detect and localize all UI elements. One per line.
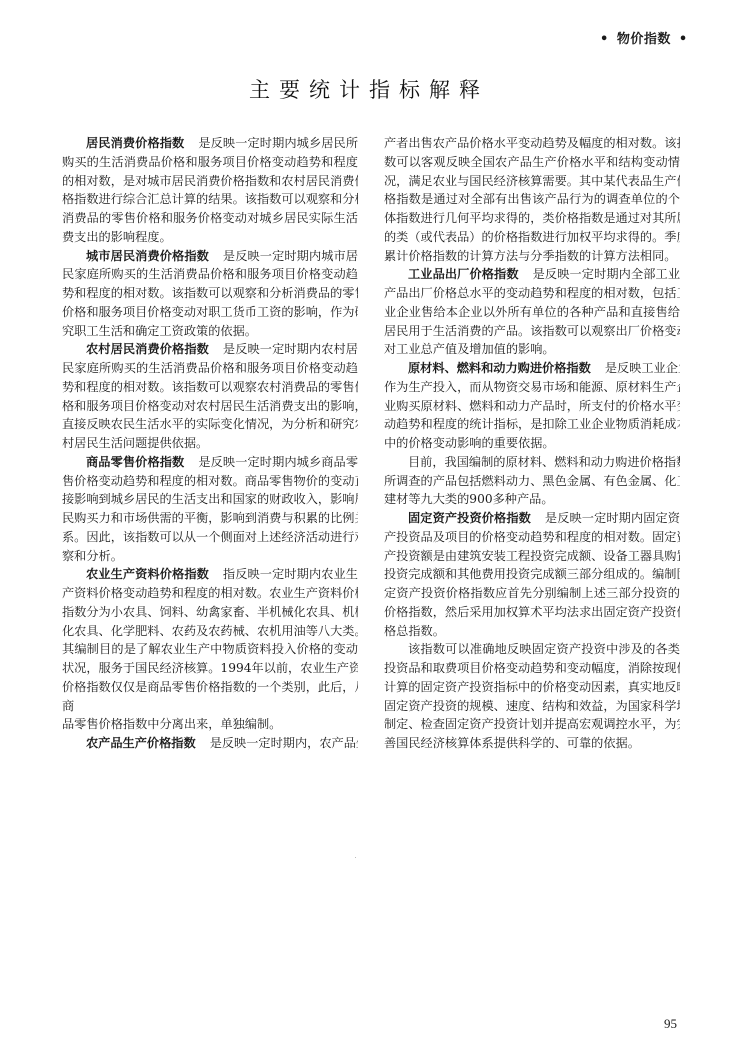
line-text: 是反映一定时期内城市居	[223, 249, 358, 263]
text-line: 定资产投资价格指数应首先分别编制上述三部分投资的	[384, 584, 680, 603]
text-line: 购买的生活消费品价格和服务项目价格变动趋势和程度	[62, 153, 358, 172]
line-text: 计算的固定资产投资指标中的价格变动因素，真实地反映	[384, 680, 680, 694]
indicator-term: 城市居民消费价格指数	[86, 249, 209, 263]
text-line: 费支出的影响程度。	[62, 228, 358, 247]
line-text: 购买的生活消费品价格和服务项目价格变动趋势和程度	[62, 155, 358, 169]
text-line: 产资料价格变动趋势和程度的相对数。农业生产资料价格	[62, 584, 358, 603]
text-line: 势和程度的相对数。该指数可以观察和分析消费品的零售	[62, 284, 358, 303]
line-text: 格和服务项目价格变动对农村居民生活消费支出的影响，	[62, 399, 358, 413]
text-line: 的类（或代表品）的价格指数进行加权平均求得的。季度	[384, 228, 680, 247]
line-text: 是反映一定时期内全部工业	[533, 267, 680, 281]
line-text: 固定资产投资的规模、速度、结构和效益，为国家科学地	[384, 699, 680, 713]
bullet-dot-right: •	[679, 32, 688, 47]
line-text: 接影响到城乡居民的生活支出和国家的财政收入，影响居	[62, 492, 358, 506]
text-line: 格指数是通过对全部有出售该产品行为的调查单位的个	[384, 190, 680, 209]
text-line: 目前，我国编制的原材料、燃料和动力购进价格指数	[384, 453, 680, 472]
line-text: 是反映一定时期内城乡居民所	[198, 136, 358, 150]
right-column: 产者出售农产品价格水平变动趋势及幅度的相对数。该指数可以客观反映全国农产品生产价…	[384, 134, 680, 753]
line-text: 业购买原材料、燃料和动力产品时，所支付的价格水平变	[384, 399, 680, 413]
line-text: 格指数是通过对全部有出售该产品行为的调查单位的个	[384, 192, 680, 206]
line-text: 的类（或代表品）的价格指数进行加权平均求得的。季度	[384, 230, 680, 244]
indicator-term: 工业品出厂价格指数	[408, 267, 519, 281]
line-text: 定资产投资价格指数应首先分别编制上述三部分投资的	[384, 586, 680, 600]
line-text: 累计价格指数的计算方法与分季指数的计算方法相同。	[384, 249, 677, 263]
text-line: 势和程度的相对数。该指数可以观察农村消费品的零售价	[62, 378, 358, 397]
line-text: 居民用于生活消费的产品。该指数可以观察出厂价格变动	[384, 324, 680, 338]
indicator-term: 农业生产资料价格指数	[86, 567, 209, 581]
line-text: 产投资品及项目的价格变动趋势和程度的相对数。固定资	[384, 530, 680, 544]
line-text: 产品出厂价格总水平的变动趋势和程度的相对数，包括工	[384, 286, 680, 300]
line-text: 动趋势和程度的统计指标，是扣除工业企业物质消耗成本	[384, 417, 680, 431]
text-line: 固定资产投资的规模、速度、结构和效益，为国家科学地	[384, 697, 680, 716]
line-text: 善国民经济核算体系提供科学的、可靠的依据。	[384, 736, 640, 750]
indicator-term: 原材料、燃料和动力购进价格指数	[408, 361, 591, 375]
text-line: 价格和服务项目价格变动对职工货币工资的影响，作为研	[62, 303, 358, 322]
left-column: 居民消费价格指数是反映一定时期内城乡居民所购买的生活消费品价格和服务项目价格变动…	[62, 134, 358, 753]
line-text: 况，满足农业与国民经济核算需要。其中某代表品生产价	[384, 174, 680, 188]
text-line: 价格指数，然后采用加权算术平均法求出固定资产投资价	[384, 603, 680, 622]
indicator-term: 商品零售价格指数	[86, 455, 184, 469]
text-line: 产投资品及项目的价格变动趋势和程度的相对数。固定资	[384, 528, 680, 547]
page-title: 主要统计指标解释	[0, 74, 738, 104]
definition-heading-line: 农村居民消费价格指数是反映一定时期内农村居	[62, 340, 358, 359]
line-text: 是反映一定时期内农村居	[223, 342, 358, 356]
indicator-term: 农村居民消费价格指数	[86, 342, 209, 356]
text-line: 格和服务项目价格变动对农村居民生活消费支出的影响，	[62, 397, 358, 416]
line-text: 民购买力和市场供需的平衡，影响到消费与积累的比例关	[62, 511, 358, 525]
text-line: 的相对数，是对城市居民消费价格指数和农村居民消费价	[62, 172, 358, 191]
line-text: 投资品和取费项目价格变动趋势和变动幅度，消除按现价	[384, 661, 680, 675]
line-text: 投资完成额和其他费用投资完成额三部分组成的。编制固	[384, 567, 680, 581]
line-text: 中的价格变动影响的重要依据。	[384, 436, 555, 450]
line-text: 目前，我国编制的原材料、燃料和动力购进价格指数	[408, 455, 680, 469]
line-text: 该指数可以准确地反映固定资产投资中涉及的各类	[408, 642, 680, 656]
indicator-term: 固定资产投资价格指数	[408, 511, 531, 525]
line-text: 业企业售给本企业以外所有单位的各种产品和直接售给	[384, 305, 680, 319]
indicator-term: 居民消费价格指数	[86, 136, 184, 150]
line-text: 其编制目的是了解农业生产中物质资料投入价格的变动	[62, 642, 358, 656]
line-text: 的相对数，是对城市居民消费价格指数和农村居民消费价	[62, 174, 358, 188]
text-line: 制定、检查固定资产投资计划并提高宏观调控水平，为完	[384, 715, 680, 734]
line-text: 所调查的产品包括燃料动力、黑色金属、有色金属、化工、	[384, 474, 680, 488]
definition-heading-line: 农业生产资料价格指数指反映一定时期内农业生	[62, 565, 358, 584]
text-line: 品零售价格指数中分离出来，单独编制。	[62, 715, 358, 734]
text-line: 消费品的零售价格和服务价格变动对城乡居民实际生活	[62, 209, 358, 228]
text-line: 产投资额是由建筑安装工程投资完成额、设备工器具购置	[384, 547, 680, 566]
text-line: 指数分为小农具、饲料、幼禽家畜、半机械化农具、机械	[62, 603, 358, 622]
text-line: 状况，服务于国民经济核算。1994年以前，农业生产资料	[62, 659, 358, 678]
text-line: 建材等九大类的900多种产品。	[384, 490, 680, 509]
line-text: 化农具、化学肥料、农药及农药械、农机用油等八大类。	[62, 624, 358, 638]
line-text: 民家庭所购买的生活消费品价格和服务项目价格变动趋	[62, 361, 358, 375]
line-text: 是反映工业企业	[605, 361, 680, 375]
text-line: 价格指数仅仅是商品零售价格指数的一个类别，此后，从	[62, 678, 358, 697]
line-text: 究职工生活和确定工资政策的依据。	[62, 324, 257, 338]
line-text: 直接反映农民生活水平的实际变化情况，为分析和研究农	[62, 417, 358, 431]
text-line: 善国民经济核算体系提供科学的、可靠的依据。	[384, 734, 680, 753]
text-line: 居民用于生活消费的产品。该指数可以观察出厂价格变动	[384, 322, 680, 341]
text-line: 格总指数。	[384, 622, 680, 641]
line-text: 对工业总产值及增加值的影响。	[384, 342, 555, 356]
definition-heading-line: 居民消费价格指数是反映一定时期内城乡居民所	[62, 134, 358, 153]
running-head-label: 物价指数	[617, 32, 671, 47]
running-head: •物价指数•	[592, 28, 696, 47]
text-line: 业企业售给本企业以外所有单位的各种产品和直接售给	[384, 303, 680, 322]
line-text: 制定、检查固定资产投资计划并提高宏观调控水平，为完	[384, 717, 680, 731]
line-text: 数可以客观反映全国农产品生产价格水平和结构变动情	[384, 155, 680, 169]
line-text: 格总指数。	[384, 624, 445, 638]
scan-speck	[355, 857, 356, 858]
text-line: 售价格变动趋势和程度的相对数。商品零售物价的变动直	[62, 472, 358, 491]
line-text: 势和程度的相对数。该指数可以观察和分析消费品的零售	[62, 286, 358, 300]
line-text: 是反映一定时期内城乡商品零	[198, 455, 358, 469]
definition-heading-line: 农产品生产价格指数是反映一定时期内，农产品生	[62, 734, 358, 753]
line-text: 指数分为小农具、饲料、幼禽家畜、半机械化农具、机械	[62, 605, 358, 619]
text-line: 中的价格变动影响的重要依据。	[384, 434, 680, 453]
line-text: 产者出售农产品价格水平变动趋势及幅度的相对数。该指	[384, 136, 680, 150]
text-line: 所调查的产品包括燃料动力、黑色金属、有色金属、化工、	[384, 472, 680, 491]
line-text: 费支出的影响程度。	[62, 230, 172, 244]
line-text: 体指数进行几何平均求得的，类价格指数是通过对其所属	[384, 211, 680, 225]
line-text: 势和程度的相对数。该指数可以观察农村消费品的零售价	[62, 380, 358, 394]
text-line: 接影响到城乡居民的生活支出和国家的财政收入，影响居	[62, 490, 358, 509]
text-line: 累计价格指数的计算方法与分季指数的计算方法相同。	[384, 247, 680, 266]
text-line: 投资品和取费项目价格变动趋势和变动幅度，消除按现价	[384, 659, 680, 678]
line-text: 品零售价格指数中分离出来，单独编制。	[62, 717, 281, 731]
bullet-dot-left: •	[600, 32, 609, 47]
definition-heading-line: 商品零售价格指数是反映一定时期内城乡商品零	[62, 453, 358, 472]
line-text: 价格和服务项目价格变动对职工货币工资的影响，作为研	[62, 305, 358, 319]
line-text: 是反映一定时期内固定资	[545, 511, 680, 525]
line-text: 状况，服务于国民经济核算。1994年以前，农业生产资料	[62, 661, 358, 675]
line-text: 商	[62, 699, 74, 713]
line-text: 产投资额是由建筑安装工程投资完成额、设备工器具购置	[384, 549, 680, 563]
text-line: 察和分析。	[62, 547, 358, 566]
text-line: 民家庭所购买的生活消费品价格和服务项目价格变动趋	[62, 359, 358, 378]
text-line: 其编制目的是了解农业生产中物质资料投入价格的变动	[62, 640, 358, 659]
line-text: 是反映一定时期内，农产品生	[210, 736, 358, 750]
text-line: 民家庭所购买的生活消费品价格和服务项目价格变动趋	[62, 265, 358, 284]
text-line: 作为生产投入，而从物资交易市场和能源、原材料生产企	[384, 378, 680, 397]
line-text: 建材等九大类的900多种产品。	[384, 492, 554, 506]
text-line: 况，满足农业与国民经济核算需要。其中某代表品生产价	[384, 172, 680, 191]
text-line: 产者出售农产品价格水平变动趋势及幅度的相对数。该指	[384, 134, 680, 153]
text-line: 格指数进行综合汇总计算的结果。该指数可以观察和分析	[62, 190, 358, 209]
text-line: 动趋势和程度的统计指标，是扣除工业企业物质消耗成本	[384, 415, 680, 434]
line-text: 察和分析。	[62, 549, 123, 563]
line-text: 作为生产投入，而从物资交易市场和能源、原材料生产企	[384, 380, 680, 394]
line-text: 售价格变动趋势和程度的相对数。商品零售物价的变动直	[62, 474, 358, 488]
line-text: 价格指数，然后采用加权算术平均法求出固定资产投资价	[384, 605, 680, 619]
text-line: 产品出厂价格总水平的变动趋势和程度的相对数，包括工	[384, 284, 680, 303]
text-line: 民购买力和市场供需的平衡，影响到消费与积累的比例关	[62, 509, 358, 528]
line-text: 产资料价格变动趋势和程度的相对数。农业生产资料价格	[62, 586, 358, 600]
indicator-term: 农产品生产价格指数	[86, 736, 196, 750]
text-line: 系。因此，该指数可以从一个侧面对上述经济活动进行观	[62, 528, 358, 547]
line-text: 系。因此，该指数可以从一个侧面对上述经济活动进行观	[62, 530, 358, 544]
text-line: 商	[62, 697, 358, 716]
line-text: 村居民生活问题提供依据。	[62, 436, 208, 450]
line-text: 消费品的零售价格和服务价格变动对城乡居民实际生活	[62, 211, 358, 225]
line-text: 民家庭所购买的生活消费品价格和服务项目价格变动趋	[62, 267, 358, 281]
text-line: 村居民生活问题提供依据。	[62, 434, 358, 453]
text-line: 对工业总产值及增加值的影响。	[384, 340, 680, 359]
text-line: 投资完成额和其他费用投资完成额三部分组成的。编制固	[384, 565, 680, 584]
definition-heading-line: 城市居民消费价格指数是反映一定时期内城市居	[62, 247, 358, 266]
line-text: 指反映一定时期内农业生	[223, 567, 358, 581]
definition-heading-line: 固定资产投资价格指数是反映一定时期内固定资	[384, 509, 680, 528]
text-line: 数可以客观反映全国农产品生产价格水平和结构变动情	[384, 153, 680, 172]
definition-heading-line: 原材料、燃料和动力购进价格指数是反映工业企业	[384, 359, 680, 378]
line-text: 价格指数仅仅是商品零售价格指数的一个类别，此后，从	[62, 680, 358, 694]
text-line: 该指数可以准确地反映固定资产投资中涉及的各类	[384, 640, 680, 659]
page-number: 95	[664, 1016, 677, 1032]
text-line: 体指数进行几何平均求得的，类价格指数是通过对其所属	[384, 209, 680, 228]
text-line: 计算的固定资产投资指标中的价格变动因素，真实地反映	[384, 678, 680, 697]
text-line: 究职工生活和确定工资政策的依据。	[62, 322, 358, 341]
definition-heading-line: 工业品出厂价格指数是反映一定时期内全部工业	[384, 265, 680, 284]
text-line: 直接反映农民生活水平的实际变化情况，为分析和研究农	[62, 415, 358, 434]
text-line: 业购买原材料、燃料和动力产品时，所支付的价格水平变	[384, 397, 680, 416]
text-line: 化农具、化学肥料、农药及农药械、农机用油等八大类。	[62, 622, 358, 641]
line-text: 格指数进行综合汇总计算的结果。该指数可以观察和分析	[62, 192, 358, 206]
